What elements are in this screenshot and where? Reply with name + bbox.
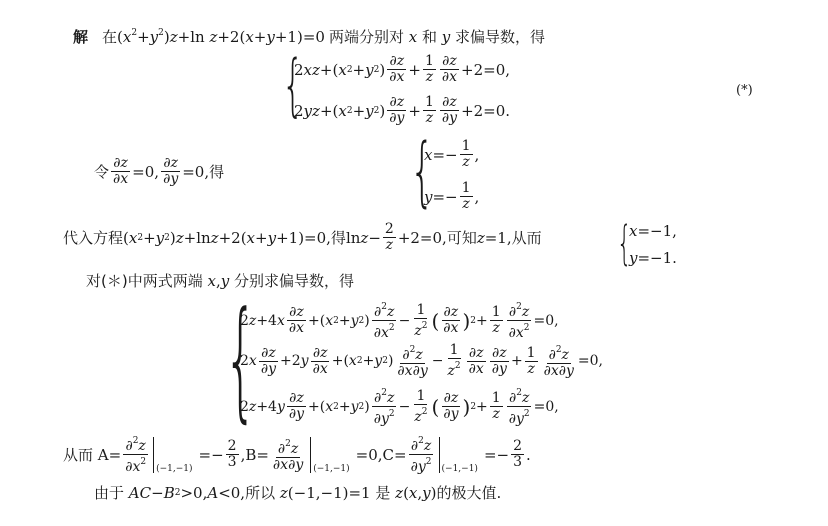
substitution-line: 代入方程(x2+y2)z+ln z+2(x+y+1)=0,得 ln z−2z+2… [63, 222, 542, 253]
intro-equation: (x2+y2)z+ln z+2(x+y+1)=0 [117, 28, 325, 46]
system3-eq1: 2z+4x∂z∂x+(x2+y2)∂2z∂x2−1z2(∂z∂x)2+1z∂2z… [240, 300, 559, 341]
solution-label: 解 [73, 26, 88, 47]
second-diff-line: 对(＊)中两式两端 x,y 分别求偏导数，得 [86, 270, 354, 291]
conclusion-line: 由于 AC−B2>0,A<0,所以 z(−1,−1)=1 是 z(x,y)的极大… [94, 482, 501, 503]
system2-eq2: y=−1z, [424, 181, 479, 212]
system3-eq2: 2x∂z∂y+2y∂z∂x+(x2+y2)∂2z∂x∂y−1z2∂z∂x∂z∂y… [240, 343, 603, 379]
system3-eq3: 2z+4y∂z∂y+(x2+y2)∂2z∂y2−1z2(∂z∂y)2+1z∂2z… [240, 386, 559, 427]
result-y: y=−1. [629, 249, 677, 267]
equation-tag: (*) [736, 83, 753, 98]
abc-line: 从而 A=∂2z∂x2(−1,−1)=−23,B=∂2z∂x∂y(−1,−1)=… [63, 434, 531, 475]
system1-eq2: 2yz+(x2+y2) ∂z∂y+ 1z ∂z∂y+2=0. [294, 95, 510, 126]
result-x: x=−1, [629, 222, 677, 240]
system1-eq1: 2xz+(x2+y2) ∂z∂x+ 1z ∂z∂x+2=0, [294, 54, 510, 85]
solution-intro: 解 在 (x2+y2)z+ln z+2(x+y+1)=0 两端分别对 x 和 y… [73, 26, 545, 47]
set-zero-line: 令 ∂z∂x=0, ∂z∂y=0,得 [94, 156, 224, 187]
system2-eq1: x=−1z, [424, 139, 479, 170]
intro-prefix: 在 [102, 26, 117, 47]
intro-suffix: 两端分别对 x 和 y 求偏导数，得 [329, 26, 545, 47]
